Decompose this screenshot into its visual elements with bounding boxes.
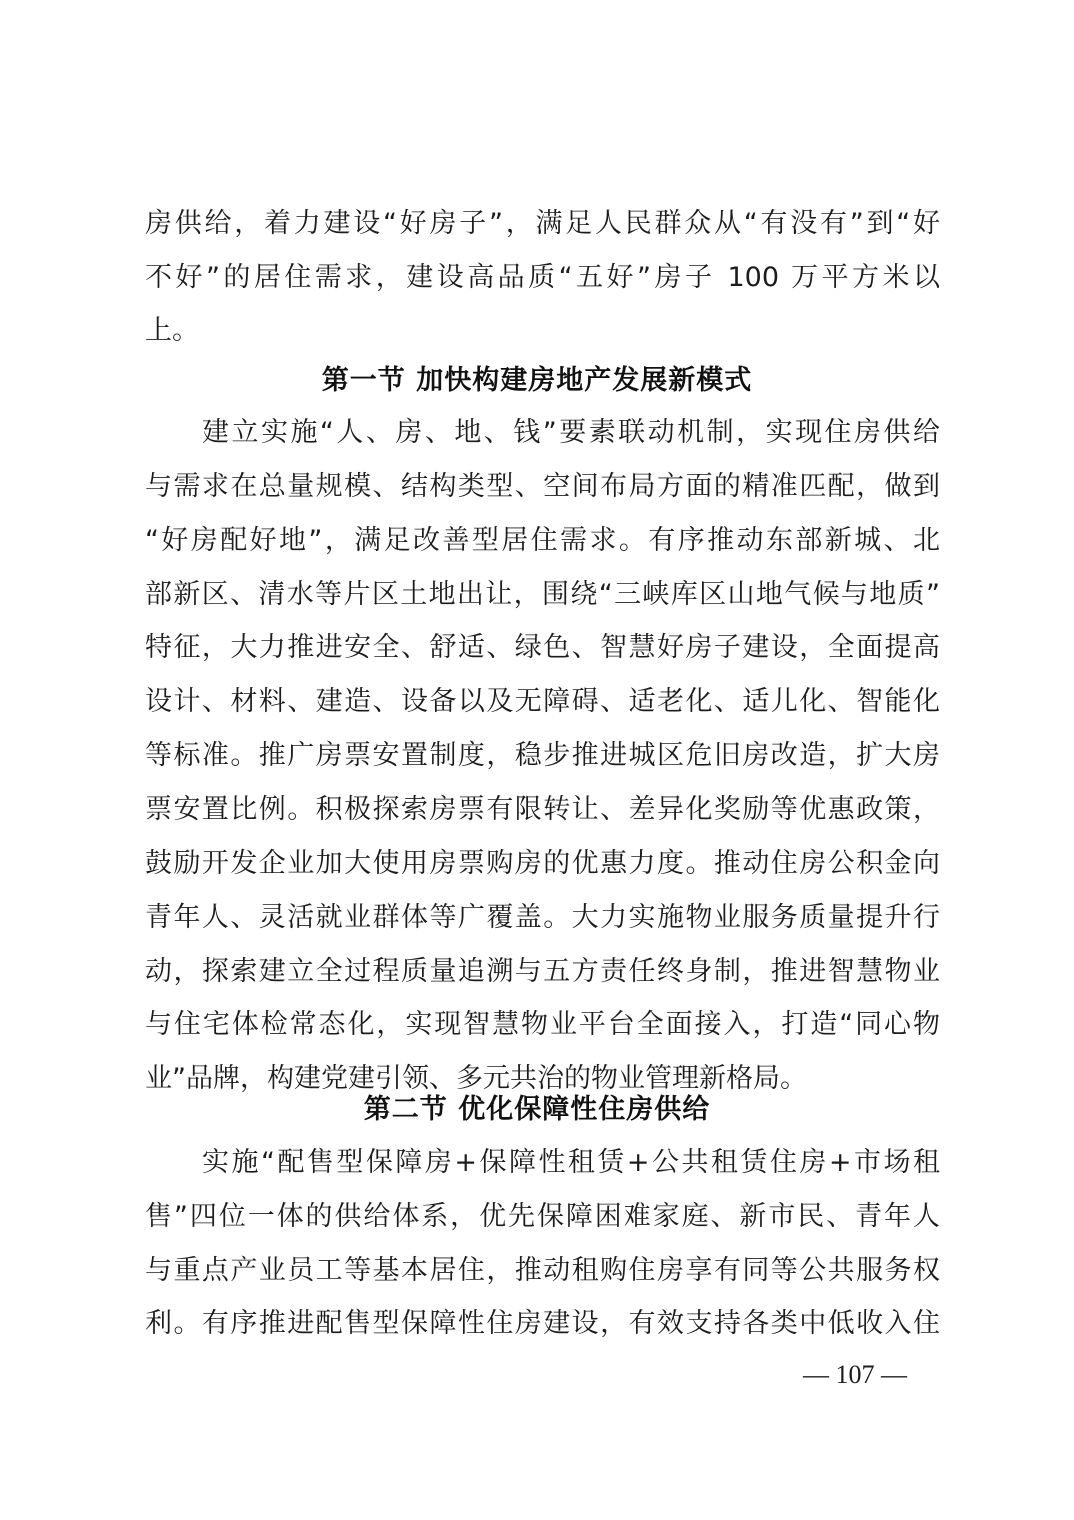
paragraph-line: 部新区、清水等片区土地出让，围绕“三峡库区山地气候与地质” — [145, 575, 940, 615]
paragraph-line: 建立实施“人、房、地、钱”要素联动机制，实现住房供给 — [145, 413, 940, 453]
paragraph-line: 房供给，着力建设“好房子”，满足人民群众从“有没有”到“好 — [145, 204, 940, 244]
paragraph-line: 等标准。推广房票安置制度，稳步推进城区危旧房改造，扩大房 — [145, 736, 940, 776]
page-number: — 107 — — [790, 1357, 920, 1393]
paragraph-line: 与重点产业员工等基本居住，推动租购住房享有同等公共服务权 — [145, 1251, 940, 1291]
paragraph-line: 与住宅体检常态化，实现智慧物业平台全面接入，打造“同心物 — [145, 1005, 940, 1045]
paragraph-line: 与需求在总量规模、结构类型、空间布局方面的精准匹配，做到 — [145, 467, 940, 507]
paragraph-line: 不好”的居住需求，建设高品质“五好”房子 100 万平方米以 — [145, 258, 940, 298]
section-heading-1: 第一节 加快构建房地产发展新模式 — [0, 361, 1074, 401]
paragraph-line: 上。 — [145, 311, 940, 351]
paragraph-line: 票安置比例。积极探索房票有限转让、差异化奖励等优惠政策， — [145, 790, 940, 830]
paragraph-line: 实施“配售型保障房+保障性租赁+公共租赁住房+市场租 — [145, 1143, 940, 1183]
paragraph-line: 青年人、灵活就业群体等广覆盖。大力实施物业服务质量提升行 — [145, 898, 940, 938]
paragraph-line: 利。有序推进配售型保障性住房建设，有效支持各类中低收入住 — [145, 1304, 940, 1344]
paragraph-line: 售”四位一体的供给体系，优先保障困难家庭、新市民、青年人 — [145, 1197, 940, 1237]
paragraph-line: 设计、材料、建造、设备以及无障碍、适老化、适儿化、智能化 — [145, 682, 940, 722]
paragraph-line: “好房配好地”，满足改善型居住需求。有序推动东部新城、北 — [145, 521, 940, 561]
document-page: 房供给，着力建设“好房子”，满足人民群众从“有没有”到“好 不好”的居住需求，建… — [0, 0, 1074, 1520]
section-heading-2: 第二节 优化保障性住房供给 — [0, 1090, 1074, 1130]
paragraph-line: 动，探索建立全过程质量追溯与五方责任终身制，推进智慧物业 — [145, 952, 940, 992]
paragraph-line: 特征，大力推进安全、舒适、绿色、智慧好房子建设，全面提高 — [145, 628, 940, 668]
paragraph-line: 鼓励开发企业加大使用房票购房的优惠力度。推动住房公积金向 — [145, 844, 940, 884]
